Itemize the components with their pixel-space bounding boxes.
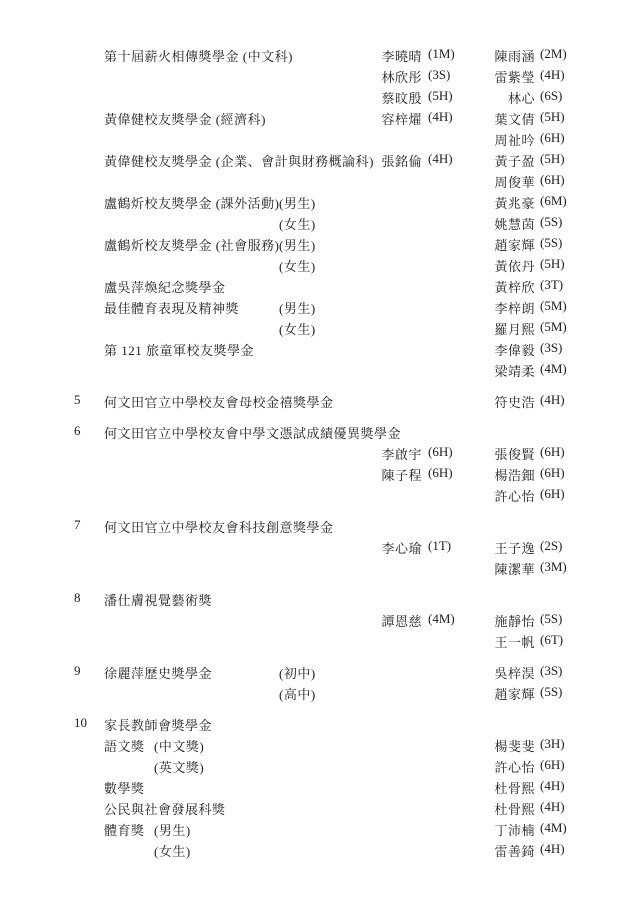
award-title: 語文獎 bbox=[104, 736, 145, 755]
entry-row: 6何文田官立中學校友會中學文憑試成績優異獎學金 bbox=[0, 423, 636, 444]
entry-row: 10家長教師會獎學金 bbox=[0, 715, 636, 736]
student-name: 周俊華 bbox=[449, 172, 535, 191]
award-title: 第十屆薪火相傳獎學金 (中文科) bbox=[104, 46, 293, 65]
class-code: (5S) bbox=[540, 235, 562, 251]
entry-row: 林欣彤(3S)雷紫瑩(4H) bbox=[0, 67, 636, 88]
entry-row: 9徐麗萍歷史獎學金(初中)吳梓淏(3S) bbox=[0, 663, 636, 684]
class-code: (6H) bbox=[540, 172, 565, 188]
award-title: 最佳體育表現及精神獎 bbox=[104, 298, 239, 317]
student-name: 許心怡 bbox=[449, 486, 535, 505]
class-code: (3S) bbox=[540, 340, 562, 356]
category-label: (初中) bbox=[279, 663, 316, 682]
entry-row: 蔡旼殷(5H)林心(6S) bbox=[0, 88, 636, 109]
student-name: 趙家輝 bbox=[449, 235, 535, 254]
student-name: 葉文倩 bbox=[449, 109, 535, 128]
student-name: 梁靖柔 bbox=[449, 361, 535, 380]
class-code: (3T) bbox=[540, 277, 563, 293]
entry-row: 許心怡(6H) bbox=[0, 486, 636, 507]
student-name: 王一帆 bbox=[449, 632, 535, 651]
entry-row: (女生)羅月熙(5M) bbox=[0, 319, 636, 340]
student-name: 蔡旼殷 bbox=[338, 88, 422, 107]
item-number: 10 bbox=[74, 715, 87, 731]
award-title: 黃偉健校友獎學金 (經濟科) bbox=[104, 109, 266, 128]
entry-row: 譚恩慈(4M)施靜怡(5S) bbox=[0, 611, 636, 632]
class-code: (4H) bbox=[540, 67, 565, 83]
entry-row: 8潘仕膚視覺藝術獎 bbox=[0, 590, 636, 611]
class-code: (3M) bbox=[540, 559, 567, 575]
entry-row: 語文獎(中文獎)楊斐斐(3H) bbox=[0, 736, 636, 757]
entry-row: 李心瑜(1T)王子逸(2S) bbox=[0, 538, 636, 559]
student-name: 王子逸 bbox=[449, 538, 535, 557]
student-name: 林欣彤 bbox=[338, 67, 422, 86]
award-title: 黃偉健校友獎學金 (企業、會計與財務概論科) bbox=[104, 151, 374, 170]
student-name: 杜骨熙 bbox=[449, 799, 535, 818]
entry-row: 王一帆(6T) bbox=[0, 632, 636, 653]
student-name: 陳子程 bbox=[338, 465, 422, 484]
class-code: (4H) bbox=[540, 392, 565, 408]
item-number: 8 bbox=[74, 590, 81, 606]
item-number: 9 bbox=[74, 663, 81, 679]
award-title: 盧鶴炘校友獎學金 (課外活動) bbox=[104, 193, 279, 212]
entry-row: 最佳體育表現及精神獎(男生)李梓朗(5M) bbox=[0, 298, 636, 319]
class-code: (5H) bbox=[540, 151, 565, 167]
entry-row: 5何文田官立中學校友會母校金禧獎學金符史浩(4H) bbox=[0, 392, 636, 413]
category-label: (女生) bbox=[279, 214, 316, 233]
category-label: (英文獎) bbox=[154, 757, 204, 776]
class-code: (3S) bbox=[540, 663, 562, 679]
class-code: (3H) bbox=[540, 736, 565, 752]
entry-row: 黃偉健校友獎學金 (企業、會計與財務概論科)張銘倫(4H)黃子盈(5H) bbox=[0, 151, 636, 172]
student-name: 符史浩 bbox=[449, 392, 535, 411]
entry-row: 盧鶴炘校友獎學金 (課外活動)(男生)黃兆豪(6M) bbox=[0, 193, 636, 214]
class-code: (5S) bbox=[540, 684, 562, 700]
entry-row: 李啟宇(6H)張俊賢(6H) bbox=[0, 444, 636, 465]
class-code: (4H) bbox=[540, 841, 565, 857]
student-name: 張銘倫 bbox=[338, 151, 422, 170]
student-name: 丁沛楠 bbox=[449, 820, 535, 839]
entry-row: 數學獎杜骨熙(4H) bbox=[0, 778, 636, 799]
student-name: 黃依丹 bbox=[449, 256, 535, 275]
student-name: 容梓燿 bbox=[338, 109, 422, 128]
class-code: (1T) bbox=[428, 538, 451, 554]
entry-row: (高中)趙家輝(5S) bbox=[0, 684, 636, 705]
entry-row: 公民與社會發展科獎杜骨熙(4H) bbox=[0, 799, 636, 820]
student-name: 羅月熙 bbox=[449, 319, 535, 338]
entry-row: (女生)黃依丹(5H) bbox=[0, 256, 636, 277]
entry-row: 7何文田官立中學校友會科技創意獎學金 bbox=[0, 517, 636, 538]
class-code: (2M) bbox=[540, 46, 567, 62]
class-code: (5S) bbox=[540, 611, 562, 627]
item-number: 7 bbox=[74, 517, 81, 533]
entry-row: (英文獎)許心怡(6H) bbox=[0, 757, 636, 778]
student-name: 楊斐斐 bbox=[449, 736, 535, 755]
student-name: 雷善錡 bbox=[449, 841, 535, 860]
class-code: (5S) bbox=[540, 214, 562, 230]
class-code: (6H) bbox=[540, 465, 565, 481]
award-title: 何文田官立中學校友會中學文憑試成績優異獎學金 bbox=[104, 423, 401, 442]
class-code: (5H) bbox=[540, 109, 565, 125]
category-label: (男生) bbox=[279, 298, 316, 317]
award-title: 第 121 旅童軍校友獎學金 bbox=[104, 340, 254, 359]
award-title: 盧吳萍煥紀念獎學金 bbox=[104, 277, 226, 296]
student-name: 陳雨涵 bbox=[449, 46, 535, 65]
category-label: (中文獎) bbox=[154, 736, 204, 755]
category-label: (女生) bbox=[279, 319, 316, 338]
class-code: (5H) bbox=[540, 256, 565, 272]
entry-row: 梁靖柔(4M) bbox=[0, 361, 636, 382]
student-name: 趙家輝 bbox=[449, 684, 535, 703]
entry-row: 周祉吟(6H) bbox=[0, 130, 636, 151]
class-code: (6H) bbox=[540, 444, 565, 460]
class-code: (6H) bbox=[540, 130, 565, 146]
category-label: (男生) bbox=[279, 235, 316, 254]
entry-row: 盧鶴炘校友獎學金 (社會服務)(男生)趙家輝(5S) bbox=[0, 235, 636, 256]
document-page: 第十屆薪火相傳獎學金 (中文科)李曉晴(1M)陳雨涵(2M)林欣彤(3S)雷紫瑩… bbox=[0, 0, 636, 900]
entry-row: 第 121 旅童軍校友獎學金李偉毅(3S) bbox=[0, 340, 636, 361]
entry-row: 盧吳萍煥紀念獎學金黃梓欣(3T) bbox=[0, 277, 636, 298]
class-code: (4M) bbox=[540, 361, 567, 377]
category-label: (男生) bbox=[279, 193, 316, 212]
class-code: (4H) bbox=[540, 799, 565, 815]
student-name: 陳潔華 bbox=[449, 559, 535, 578]
class-code: (2S) bbox=[540, 538, 562, 554]
class-code: (6H) bbox=[540, 757, 565, 773]
award-title: 何文田官立中學校友會母校金禧獎學金 bbox=[104, 392, 334, 411]
class-code: (4M) bbox=[540, 820, 567, 836]
item-number: 5 bbox=[74, 392, 81, 408]
class-code: (6T) bbox=[540, 632, 563, 648]
entry-row: (女生)姚慧茵(5S) bbox=[0, 214, 636, 235]
entry-row: (女生)雷善錡(4H) bbox=[0, 841, 636, 862]
student-name: 楊浩鈿 bbox=[449, 465, 535, 484]
entry-row: 第十屆薪火相傳獎學金 (中文科)李曉晴(1M)陳雨涵(2M) bbox=[0, 46, 636, 67]
class-code: (3S) bbox=[428, 67, 450, 83]
student-name: 施靜怡 bbox=[449, 611, 535, 630]
student-name: 黃兆豪 bbox=[449, 193, 535, 212]
student-name: 姚慧茵 bbox=[449, 214, 535, 233]
student-name: 李曉晴 bbox=[338, 46, 422, 65]
award-title: 家長教師會獎學金 bbox=[104, 715, 212, 734]
award-title: 盧鶴炘校友獎學金 (社會服務) bbox=[104, 235, 279, 254]
entry-row: 體育獎(男生)丁沛楠(4M) bbox=[0, 820, 636, 841]
award-title: 體育獎 bbox=[104, 820, 145, 839]
prize-list: 第十屆薪火相傳獎學金 (中文科)李曉晴(1M)陳雨涵(2M)林欣彤(3S)雷紫瑩… bbox=[0, 46, 636, 862]
student-name: 吳梓淏 bbox=[449, 663, 535, 682]
entry-row: 周俊華(6H) bbox=[0, 172, 636, 193]
student-name: 林心 bbox=[449, 88, 535, 107]
class-code: (6H) bbox=[540, 486, 565, 502]
award-title: 徐麗萍歷史獎學金 bbox=[104, 663, 212, 682]
class-code: (5M) bbox=[540, 298, 567, 314]
entry-row: 黃偉健校友獎學金 (經濟科)容梓燿(4H)葉文倩(5H) bbox=[0, 109, 636, 130]
student-name: 張俊賢 bbox=[449, 444, 535, 463]
award-title: 公民與社會發展科獎 bbox=[104, 799, 226, 818]
entry-row: 陳潔華(3M) bbox=[0, 559, 636, 580]
award-title: 何文田官立中學校友會科技創意獎學金 bbox=[104, 517, 334, 536]
student-name: 譚恩慈 bbox=[338, 611, 422, 630]
category-label: (高中) bbox=[279, 684, 316, 703]
student-name: 黃子盈 bbox=[449, 151, 535, 170]
award-title: 潘仕膚視覺藝術獎 bbox=[104, 590, 212, 609]
award-title: 數學獎 bbox=[104, 778, 145, 797]
student-name: 李心瑜 bbox=[338, 538, 422, 557]
entry-row: 陳子程(6H)楊浩鈿(6H) bbox=[0, 465, 636, 486]
student-name: 李啟宇 bbox=[338, 444, 422, 463]
item-number: 6 bbox=[74, 423, 81, 439]
student-name: 雷紫瑩 bbox=[449, 67, 535, 86]
student-name: 周祉吟 bbox=[449, 130, 535, 149]
student-name: 黃梓欣 bbox=[449, 277, 535, 296]
category-label: (男生) bbox=[154, 820, 191, 839]
student-name: 許心怡 bbox=[449, 757, 535, 776]
category-label: (女生) bbox=[154, 841, 191, 860]
student-name: 李偉毅 bbox=[449, 340, 535, 359]
class-code: (5M) bbox=[540, 319, 567, 335]
class-code: (6M) bbox=[540, 193, 567, 209]
student-name: 杜骨熙 bbox=[449, 778, 535, 797]
student-name: 李梓朗 bbox=[449, 298, 535, 317]
category-label: (女生) bbox=[279, 256, 316, 275]
class-code: (6S) bbox=[540, 88, 562, 104]
class-code: (4H) bbox=[540, 778, 565, 794]
